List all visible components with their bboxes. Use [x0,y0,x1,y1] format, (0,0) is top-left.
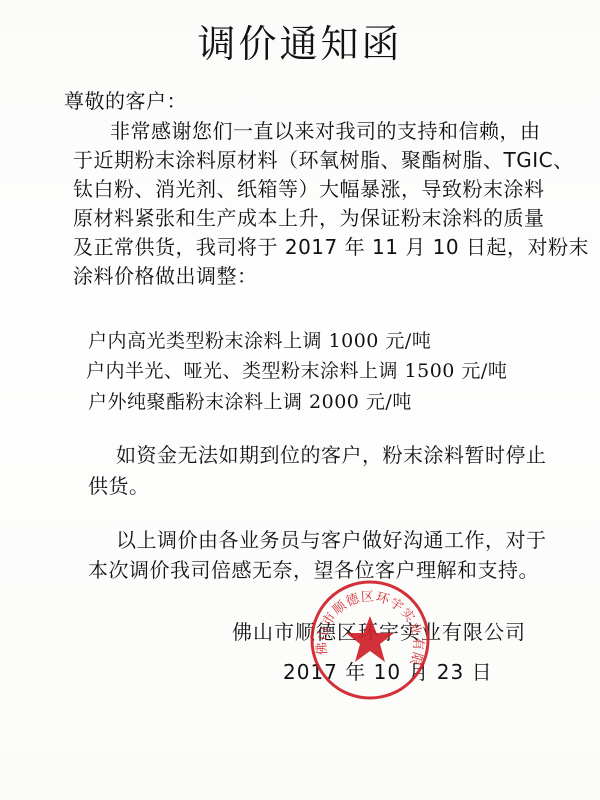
paragraph-line: 涂料价格做出调整： [73,264,258,288]
price-adjustment-item: 户内高光类型粉末涂料上调 1000 元/吨 [88,329,431,353]
salutation: 尊敬的客户： [64,89,187,113]
paragraph-line: 于近期粉末涂料原材料（环氧树脂、聚酯树脂、TGIC、 [73,148,574,172]
document-title: 调价通知函 [0,20,600,68]
paragraph-line: 供货。 [88,474,150,498]
signature-date: 2017 年 10 月 23 日 [283,660,493,684]
paragraph-line: 及正常供货，我司将于 2017 年 11 月 10 日起，对粉末 [73,235,589,259]
price-adjustment-item: 户内半光、哑光、类型粉末涂料上调 1500 元/吨 [86,359,507,383]
document-page: 调价通知函 尊敬的客户： 非常感谢您们一直以来对我司的支持和信赖，由 于近期粉末… [0,0,600,800]
paragraph-line: 如资金无法如期到位的客户，粉末涂料暂时停止 [116,443,547,467]
paragraph-line: 本次调价我司倍感无奈，望各位客户理解和支持。 [88,558,539,582]
price-adjustment-item: 户外纯聚酯粉末涂料上调 2000 元/吨 [88,390,412,414]
paragraph-line: 非常感谢您们一直以来对我司的支持和信赖，由 [110,119,541,143]
paragraph-line: 钛白粉、消光剂、纸箱等）大幅暴涨，导致粉末涂料 [73,177,545,201]
paragraph-line: 以上调价由各业务员与客户做好沟通工作，对于 [116,528,547,552]
signature-company: 佛山市顺德区环宇实业有限公司 [232,620,526,644]
paragraph-line: 原材料紧张和生产成本上升，为保证粉末涂料的质量 [73,206,545,230]
